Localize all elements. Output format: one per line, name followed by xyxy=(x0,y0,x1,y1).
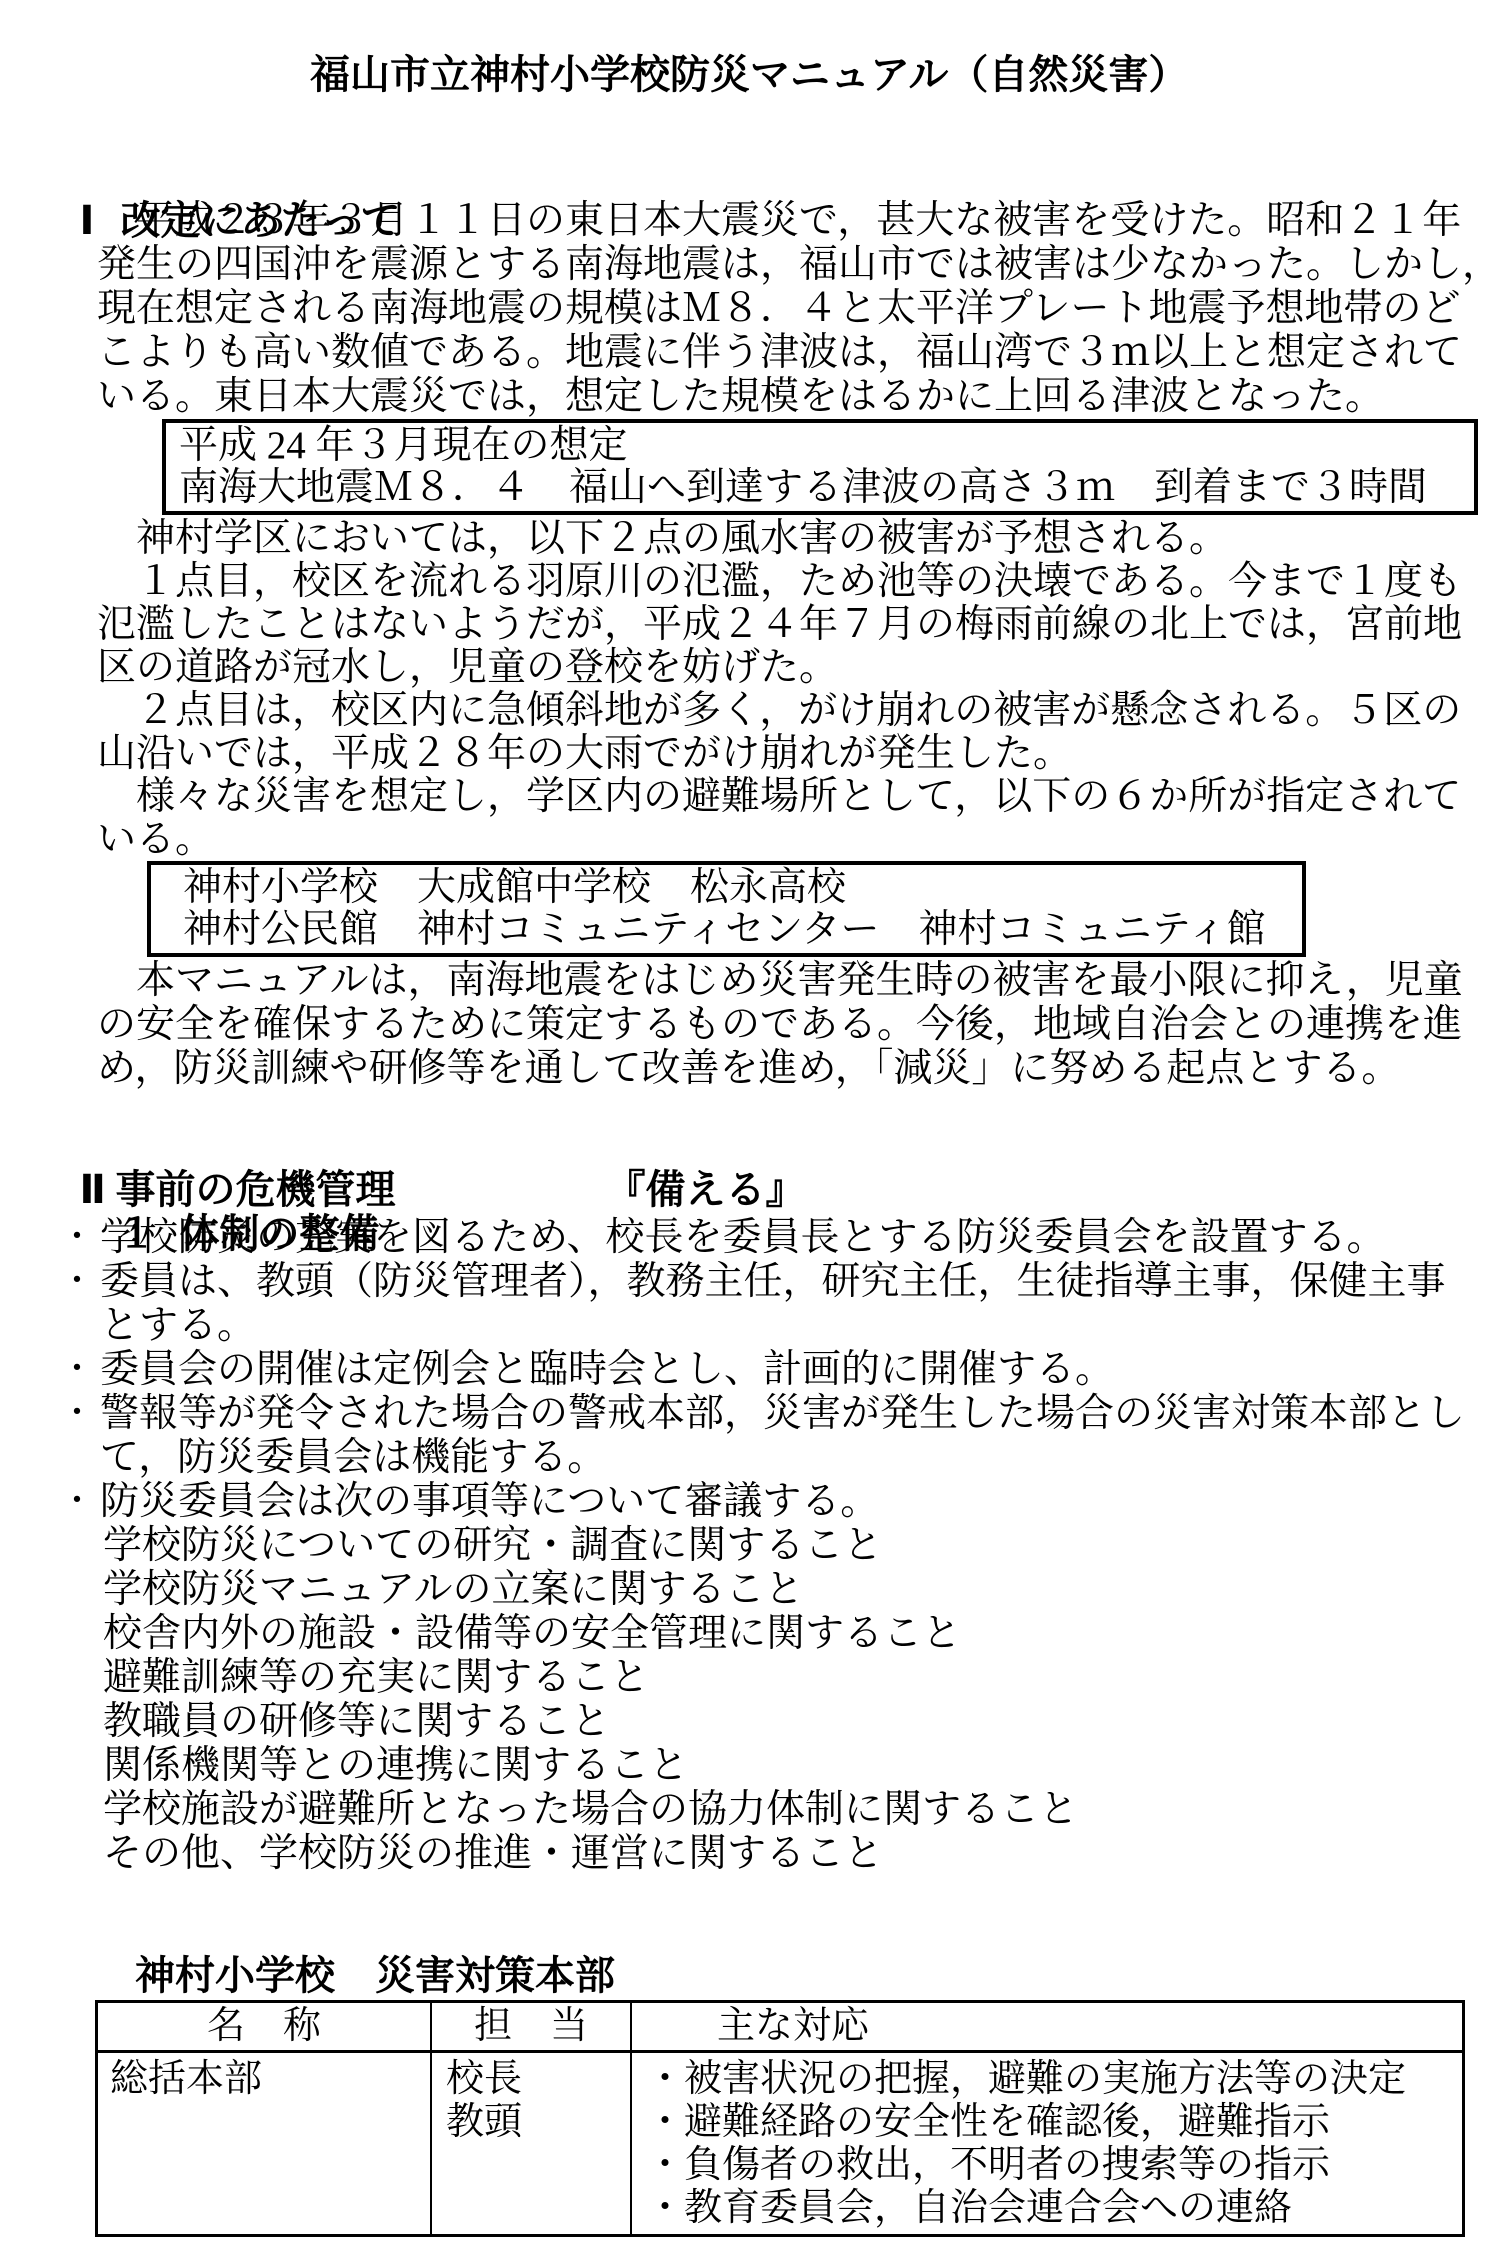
agenda-list: 学校防災についての研究・調査に関すること学校防災マニュアルの立案に関すること校舎… xyxy=(103,1524,1500,1876)
paragraph-revision-3: 本マニュアルは，南海地震をはじめ災害発生時の被害を最小限に抑え，児童の安全を確保… xyxy=(97,959,1477,1091)
agenda-item: 関係機関等との連携に関すること xyxy=(103,1744,1500,1788)
agenda-item: 学校施設が避難所となった場合の協力体制に関すること xyxy=(103,1788,1500,1832)
text-line: の安全を確保するために策定するものである。今後，地域自治会との連携を進 xyxy=(97,1003,1477,1047)
section2-numeral: Ⅱ xyxy=(79,1168,115,1212)
table-header-row: 名 称 担 当 主な対応 xyxy=(98,2003,1462,2053)
bullet-text: 防災委員会は次の事項等について審議する。 xyxy=(100,1480,1500,1524)
document-page: 福山市立神村小学校防災マニュアル（自然災害） Ⅰ改定にあたって 平成２３年３月１… xyxy=(0,0,1500,2252)
text-line: 神村学区においては，以下２点の風水害の被害が予想される。 xyxy=(97,517,1477,560)
text-line: 発生の四国沖を震源とする南海地震は，福山市では被害は少なかった。しかし， xyxy=(97,243,1477,287)
text-line: とする。 xyxy=(100,1304,1500,1348)
action-line: ・負傷者の救出，不明者の捜索等の指示 xyxy=(632,2144,1462,2187)
bullet-text: 学校防災の充実を図るため、校長を委員長とする防災委員会を設置する。 xyxy=(100,1216,1500,1260)
text-line: て，防災委員会は機能する。 xyxy=(100,1436,1500,1480)
text-line: 委員会の開催は定例会と臨時会とし、計画的に開催する。 xyxy=(100,1348,1500,1392)
section2-motto: 『備える』 xyxy=(605,1168,805,1212)
text-line: ２点目は，校区内に急傾斜地が多く，がけ崩れの被害が懸念される。５区の xyxy=(97,689,1477,732)
bullet-text: 委員会の開催は定例会と臨時会とし、計画的に開催する。 xyxy=(100,1348,1500,1392)
bullet-marker: ・ xyxy=(60,1260,100,1304)
paragraph-revision-2: 神村学区においては，以下２点の風水害の被害が予想される。 １点目，校区を流れる羽… xyxy=(97,517,1477,861)
action-line: ・被害状況の把握，避難の実施方法等の決定 xyxy=(632,2058,1462,2101)
header-cell-actions: 主な対応 xyxy=(632,2003,1462,2050)
bullet-text: 警報等が発令された場合の警戒本部，災害が発生した場合の災害対策本部として，防災委… xyxy=(100,1392,1500,1480)
document-title: 福山市立神村小学校防災マニュアル（自然災害） xyxy=(310,52,1500,98)
bullet-marker: ・ xyxy=(60,1348,100,1392)
box-text-line: 神村公民館 神村コミュニティセンター 神村コミュニティ館 xyxy=(183,909,1302,951)
agenda-item: 学校防災マニュアルの立案に関すること xyxy=(103,1568,1500,1612)
section2-heading: Ⅱ事前の危機管理『備える』 xyxy=(35,1124,1500,1168)
text-line: 委員は、教頭（防災管理者），教務主任，研究主任，生徒指導主事，保健主事 xyxy=(100,1260,1500,1304)
text-line: 防災委員会は次の事項等について審議する。 xyxy=(100,1480,1500,1524)
bullet-item: ・ 委員会の開催は定例会と臨時会とし、計画的に開催する。 xyxy=(60,1348,1500,1392)
bullet-item: ・ 防災委員会は次の事項等について審議する。 xyxy=(60,1480,1500,1524)
agenda-item: その他、学校防災の推進・運営に関すること xyxy=(103,1832,1500,1876)
text-line: 平成２３年３月１１日の東日本大震災で，甚大な被害を受けた。昭和２１年 xyxy=(97,199,1477,243)
box-text-line: 平成 24 年３月現在の想定 xyxy=(179,425,1474,467)
cell-staff: 校長教頭 xyxy=(432,2053,632,2234)
text-line: 警報等が発令された場合の警戒本部，災害が発生した場合の災害対策本部とし xyxy=(100,1392,1500,1436)
bullet-text: 委員は、教頭（防災管理者），教務主任，研究主任，生徒指導主事，保健主事とする。 xyxy=(100,1260,1500,1348)
text-line: 様々な災害を想定し，学区内の避難場所として，以下の６か所が指定されて xyxy=(97,775,1477,818)
table-row: 総括本部 校長教頭 ・被害状況の把握，避難の実施方法等の決定・避難経路の安全性を… xyxy=(98,2053,1462,2234)
text-line: こよりも高い数値である。地震に伴う津波は，福山湾で３ｍ以上と想定されて xyxy=(97,331,1477,375)
bullet-marker: ・ xyxy=(60,1216,100,1260)
text-line: １点目，校区を流れる羽原川の氾濫，ため池等の決壊である。今まで１度も xyxy=(97,560,1477,603)
cell-name: 総括本部 xyxy=(98,2053,432,2234)
bullet-item: ・ 委員は、教頭（防災管理者），教務主任，研究主任，生徒指導主事，保健主事とする… xyxy=(60,1260,1500,1348)
staff-line: 教頭 xyxy=(432,2101,630,2144)
assumption-box: 平成 24 年３月現在の想定南海大地震Ｍ８．４ 福山へ到達する津波の高さ３ｍ 到… xyxy=(162,419,1478,515)
bullet-item: ・ 警報等が発令された場合の警戒本部，災害が発生した場合の災害対策本部として，防… xyxy=(60,1392,1500,1480)
text-line: いる。 xyxy=(97,818,1477,861)
agenda-item: 校舎内外の施設・設備等の安全管理に関すること xyxy=(103,1612,1500,1656)
agenda-item: 避難訓練等の充実に関すること xyxy=(103,1656,1500,1700)
hq-table: 名 称 担 当 主な対応 総括本部 校長教頭 ・被害状況の把握，避難の実施方法等… xyxy=(95,2000,1465,2237)
table-title: 神村小学校 災害対策本部 xyxy=(135,1954,1500,1998)
header-cell-staff: 担 当 xyxy=(432,2003,632,2050)
bullet-marker: ・ xyxy=(60,1480,100,1524)
box-text-line: 南海大地震Ｍ８．４ 福山へ到達する津波の高さ３ｍ 到着まで３時間 xyxy=(179,467,1474,509)
action-line: ・避難経路の安全性を確認後，避難指示 xyxy=(632,2101,1462,2144)
text-line: 本マニュアルは，南海地震をはじめ災害発生時の被害を最小限に抑え，児童 xyxy=(97,959,1477,1003)
agenda-item: 教職員の研修等に関すること xyxy=(103,1700,1500,1744)
text-line: 学校防災の充実を図るため、校長を委員長とする防災委員会を設置する。 xyxy=(100,1216,1500,1260)
text-line: め，防災訓練や研修等を通して改善を進め，「減災」に努める起点とする。 xyxy=(97,1047,1477,1091)
agenda-item: 学校防災についての研究・調査に関すること xyxy=(103,1524,1500,1568)
bullet-list: ・ 学校防災の充実を図るため、校長を委員長とする防災委員会を設置する。 ・ 委員… xyxy=(60,1216,1500,1524)
box-text-line: 神村小学校 大成館中学校 松永高校 xyxy=(183,867,1302,909)
text-line: いる。東日本大震災では，想定した規模をはるかに上回る津波となった。 xyxy=(97,375,1477,419)
bullet-marker: ・ xyxy=(60,1392,100,1436)
section1-heading: Ⅰ改定にあたって xyxy=(35,155,1500,199)
section2-title: 事前の危機管理 xyxy=(115,1168,395,1212)
action-line: ・教育委員会，自治会連合会への連絡 xyxy=(632,2187,1462,2230)
table-body: 総括本部 校長教頭 ・被害状況の把握，避難の実施方法等の決定・避難経路の安全性を… xyxy=(98,2053,1462,2234)
text-line: 現在想定される南海地震の規模はＭ８．４と太平洋プレート地震予想地帯のど xyxy=(97,287,1477,331)
evacuation-sites-box: 神村小学校 大成館中学校 松永高校神村公民館 神村コミュニティセンター 神村コミ… xyxy=(147,861,1306,957)
header-cell-name: 名 称 xyxy=(98,2003,432,2050)
paragraph-revision-1: 平成２３年３月１１日の東日本大震災で，甚大な被害を受けた。昭和２１年発生の四国沖… xyxy=(97,199,1477,419)
staff-line: 校長 xyxy=(432,2058,630,2101)
cell-actions: ・被害状況の把握，避難の実施方法等の決定・避難経路の安全性を確認後，避難指示・負… xyxy=(632,2053,1462,2234)
bullet-item: ・ 学校防災の充実を図るため、校長を委員長とする防災委員会を設置する。 xyxy=(60,1216,1500,1260)
text-line: 氾濫したことはないようだが，平成２４年７月の梅雨前線の北上では，宮前地 xyxy=(97,603,1477,646)
text-line: 区の道路が冠水し，児童の登校を妨げた。 xyxy=(97,646,1477,689)
text-line: 山沿いでは，平成２８年の大雨でがけ崩れが発生した。 xyxy=(97,732,1477,775)
